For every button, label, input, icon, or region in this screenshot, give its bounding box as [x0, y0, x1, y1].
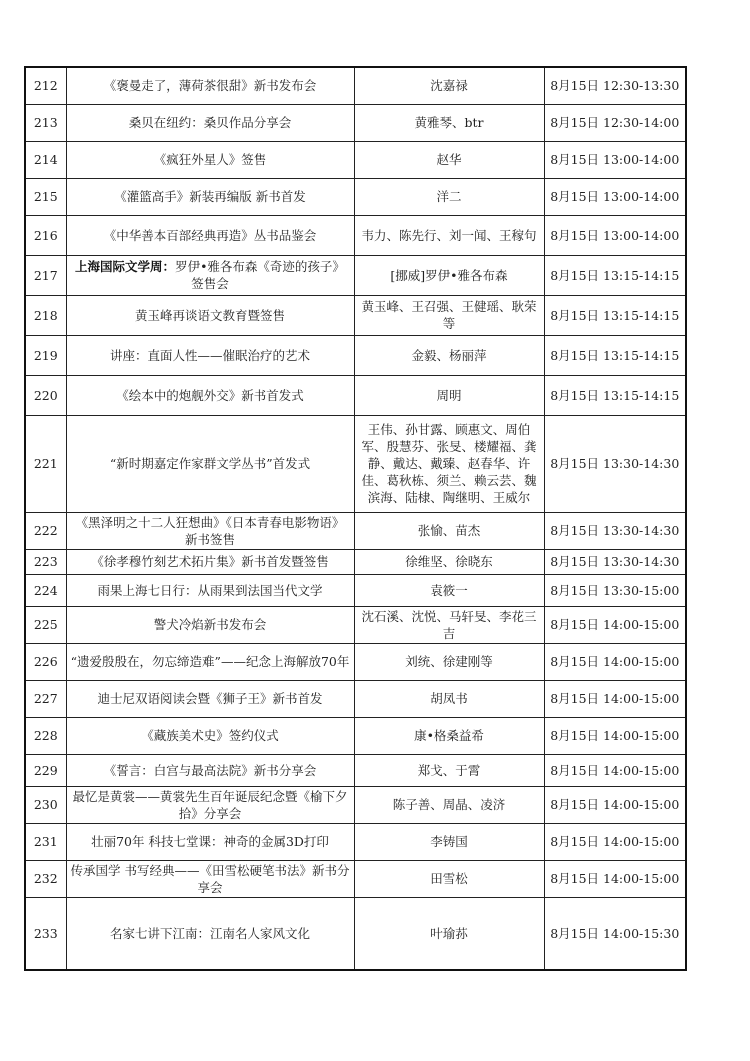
event-guests: 黄玉峰、王召强、王健瑶、耿荣等	[354, 295, 544, 335]
table-row: 216 《中华善本百部经典再造》丛书品鉴会 韦力、陈先行、刘一闻、王稼句 8月1…	[25, 215, 686, 255]
event-guests: 田雪松	[354, 860, 544, 897]
event-time: 8月15日 13:15-14:15	[544, 255, 686, 295]
table-row: 233 名家七讲下江南：江南名人家风文化 叶瑜荪 8月15日 14:00-15:…	[25, 897, 686, 970]
event-title: 黄玉峰再谈语文教育暨签售	[66, 295, 354, 335]
event-number: 223	[25, 549, 66, 574]
event-time: 8月15日 12:30-14:00	[544, 104, 686, 141]
event-number: 226	[25, 643, 66, 680]
event-number: 219	[25, 335, 66, 375]
table-row: 225 警犬冷焰新书发布会 沈石溪、沈悦、马轩旻、李花三吉 8月15日 14:0…	[25, 606, 686, 643]
event-title: 《中华善本百部经典再造》丛书品鉴会	[66, 215, 354, 255]
event-title: 警犬冷焰新书发布会	[66, 606, 354, 643]
event-number: 213	[25, 104, 66, 141]
event-title: 《藏族美术史》签约仪式	[66, 717, 354, 754]
table-row: 226 “遗爱殷殷在，勿忘缔造难”——纪念上海解放70年 刘统、徐建刚等 8月1…	[25, 643, 686, 680]
event-number: 216	[25, 215, 66, 255]
document-page: 212 《褒曼走了，薄荷茶很甜》新书发布会 沈嘉禄 8月15日 12:30-13…	[0, 0, 750, 1061]
event-time: 8月15日 14:00-15:00	[544, 643, 686, 680]
event-title: 名家七讲下江南：江南名人家风文化	[66, 897, 354, 970]
event-time: 8月15日 14:00-15:00	[544, 754, 686, 786]
event-number: 217	[25, 255, 66, 295]
event-title: 雨果上海七日行：从雨果到法国当代文学	[66, 574, 354, 606]
event-time: 8月15日 13:00-14:00	[544, 178, 686, 215]
table-row: 218 黄玉峰再谈语文教育暨签售 黄玉峰、王召强、王健瑶、耿荣等 8月15日 1…	[25, 295, 686, 335]
table-row: 220 《绘本中的炮舰外交》新书首发式 周明 8月15日 13:15-14:15	[25, 375, 686, 415]
table-row: 232 传承国学 书写经典——《田雪松硬笔书法》新书分享会 田雪松 8月15日 …	[25, 860, 686, 897]
event-title: 桑贝在纽约：桑贝作品分享会	[66, 104, 354, 141]
event-time: 8月15日 13:00-14:00	[544, 215, 686, 255]
event-number: 224	[25, 574, 66, 606]
table-row: 231 壮丽70年 科技七堂课：神奇的金属3D打印 李铸国 8月15日 14:0…	[25, 823, 686, 860]
event-time: 8月15日 14:00-15:00	[544, 860, 686, 897]
event-time: 8月15日 13:30-14:30	[544, 549, 686, 574]
event-title: “遗爱殷殷在，勿忘缔造难”——纪念上海解放70年	[66, 643, 354, 680]
event-time: 8月15日 13:15-14:15	[544, 335, 686, 375]
event-title-text: 罗伊•雅各布森《奇迹的孩子》签售会	[175, 259, 345, 291]
event-time: 8月15日 13:00-14:00	[544, 141, 686, 178]
event-title: 《绘本中的炮舰外交》新书首发式	[66, 375, 354, 415]
event-series-label: 上海国际文学周：	[75, 259, 175, 274]
event-guests: 金毅、杨丽萍	[354, 335, 544, 375]
event-number: 231	[25, 823, 66, 860]
table-row: 230 最忆是黄裳——黄裳先生百年诞辰纪念暨《榆下夕拾》分享会 陈子善、周晶、凌…	[25, 786, 686, 823]
event-time: 8月15日 14:00-15:30	[544, 897, 686, 970]
table-row: 222 《黑泽明之十二人狂想曲》《日本青春电影物语》新书签售 张愉、苗杰 8月1…	[25, 512, 686, 549]
event-guests: 王伟、孙甘露、顾惠文、周伯军、殷慧芬、张旻、楼耀福、龚静、戴达、戴臻、赵春华、许…	[354, 415, 544, 512]
event-title: 《灌篮高手》新装再编版 新书首发	[66, 178, 354, 215]
event-time: 8月15日 14:00-15:00	[544, 680, 686, 717]
event-guests: 韦力、陈先行、刘一闻、王稼句	[354, 215, 544, 255]
event-number: 233	[25, 897, 66, 970]
event-time: 8月15日 14:00-15:00	[544, 786, 686, 823]
table-row: 221 “新时期嘉定作家群文学丛书”首发式 王伟、孙甘露、顾惠文、周伯军、殷慧芬…	[25, 415, 686, 512]
event-number: 225	[25, 606, 66, 643]
table-row: 212 《褒曼走了，薄荷茶很甜》新书发布会 沈嘉禄 8月15日 12:30-13…	[25, 67, 686, 104]
event-time: 8月15日 13:30-14:30	[544, 512, 686, 549]
table-row: 214 《疯狂外星人》签售 赵华 8月15日 13:00-14:00	[25, 141, 686, 178]
event-number: 228	[25, 717, 66, 754]
event-guests: 袁筱一	[354, 574, 544, 606]
table-row: 219 讲座：直面人性——催眠治疗的艺术 金毅、杨丽萍 8月15日 13:15-…	[25, 335, 686, 375]
event-time: 8月15日 13:30-15:00	[544, 574, 686, 606]
event-guests: 徐维坚、徐晓东	[354, 549, 544, 574]
event-time: 8月15日 14:00-15:00	[544, 717, 686, 754]
event-number: 221	[25, 415, 66, 512]
table-row: 229 《誓言：白宫与最高法院》新书分享会 郑戈、于霄 8月15日 14:00-…	[25, 754, 686, 786]
event-guests: 周明	[354, 375, 544, 415]
event-number: 230	[25, 786, 66, 823]
event-title: 《褒曼走了，薄荷茶很甜》新书发布会	[66, 67, 354, 104]
event-time: 8月15日 13:15-14:15	[544, 375, 686, 415]
event-guests: 黄雅琴、btr	[354, 104, 544, 141]
table-row: 213 桑贝在纽约：桑贝作品分享会 黄雅琴、btr 8月15日 12:30-14…	[25, 104, 686, 141]
event-guests: 沈石溪、沈悦、马轩旻、李花三吉	[354, 606, 544, 643]
event-guests: 陈子善、周晶、凌济	[354, 786, 544, 823]
event-time: 8月15日 14:00-15:00	[544, 823, 686, 860]
event-guests: 康•格桑益希	[354, 717, 544, 754]
event-guests: 刘统、徐建刚等	[354, 643, 544, 680]
event-time: 8月15日 13:15-14:15	[544, 295, 686, 335]
event-number: 229	[25, 754, 66, 786]
table-row: 215 《灌篮高手》新装再编版 新书首发 洋二 8月15日 13:00-14:0…	[25, 178, 686, 215]
table-row: 224 雨果上海七日行：从雨果到法国当代文学 袁筱一 8月15日 13:30-1…	[25, 574, 686, 606]
event-title: 《誓言：白宫与最高法院》新书分享会	[66, 754, 354, 786]
event-number: 215	[25, 178, 66, 215]
event-title: “新时期嘉定作家群文学丛书”首发式	[66, 415, 354, 512]
event-title: 《黑泽明之十二人狂想曲》《日本青春电影物语》新书签售	[66, 512, 354, 549]
event-guests: 李铸国	[354, 823, 544, 860]
table-row: 227 迪士尼双语阅读会暨《狮子王》新书首发 胡凤书 8月15日 14:00-1…	[25, 680, 686, 717]
event-title: 最忆是黄裳——黄裳先生百年诞辰纪念暨《榆下夕拾》分享会	[66, 786, 354, 823]
event-title: 上海国际文学周：罗伊•雅各布森《奇迹的孩子》签售会	[66, 255, 354, 295]
event-time: 8月15日 13:30-14:30	[544, 415, 686, 512]
event-title: 《疯狂外星人》签售	[66, 141, 354, 178]
event-number: 232	[25, 860, 66, 897]
event-title: 传承国学 书写经典——《田雪松硬笔书法》新书分享会	[66, 860, 354, 897]
event-title: 讲座：直面人性——催眠治疗的艺术	[66, 335, 354, 375]
event-title: 壮丽70年 科技七堂课：神奇的金属3D打印	[66, 823, 354, 860]
event-guests: [挪威]罗伊•雅各布森	[354, 255, 544, 295]
event-guests: 郑戈、于霄	[354, 754, 544, 786]
event-number: 212	[25, 67, 66, 104]
event-number: 220	[25, 375, 66, 415]
table-row: 217 上海国际文学周：罗伊•雅各布森《奇迹的孩子》签售会 [挪威]罗伊•雅各布…	[25, 255, 686, 295]
table-row: 228 《藏族美术史》签约仪式 康•格桑益希 8月15日 14:00-15:00	[25, 717, 686, 754]
event-number: 227	[25, 680, 66, 717]
event-guests: 张愉、苗杰	[354, 512, 544, 549]
event-guests: 洋二	[354, 178, 544, 215]
event-guests: 叶瑜荪	[354, 897, 544, 970]
table-row: 223 《徐孝穆竹刻艺术拓片集》新书首发暨签售 徐维坚、徐晓东 8月15日 13…	[25, 549, 686, 574]
event-guests: 沈嘉禄	[354, 67, 544, 104]
event-title: 迪士尼双语阅读会暨《狮子王》新书首发	[66, 680, 354, 717]
event-guests: 胡凤书	[354, 680, 544, 717]
event-guests: 赵华	[354, 141, 544, 178]
event-title: 《徐孝穆竹刻艺术拓片集》新书首发暨签售	[66, 549, 354, 574]
event-number: 218	[25, 295, 66, 335]
event-number: 214	[25, 141, 66, 178]
event-time: 8月15日 12:30-13:30	[544, 67, 686, 104]
event-schedule-table: 212 《褒曼走了，薄荷茶很甜》新书发布会 沈嘉禄 8月15日 12:30-13…	[24, 66, 687, 971]
event-time: 8月15日 14:00-15:00	[544, 606, 686, 643]
event-number: 222	[25, 512, 66, 549]
